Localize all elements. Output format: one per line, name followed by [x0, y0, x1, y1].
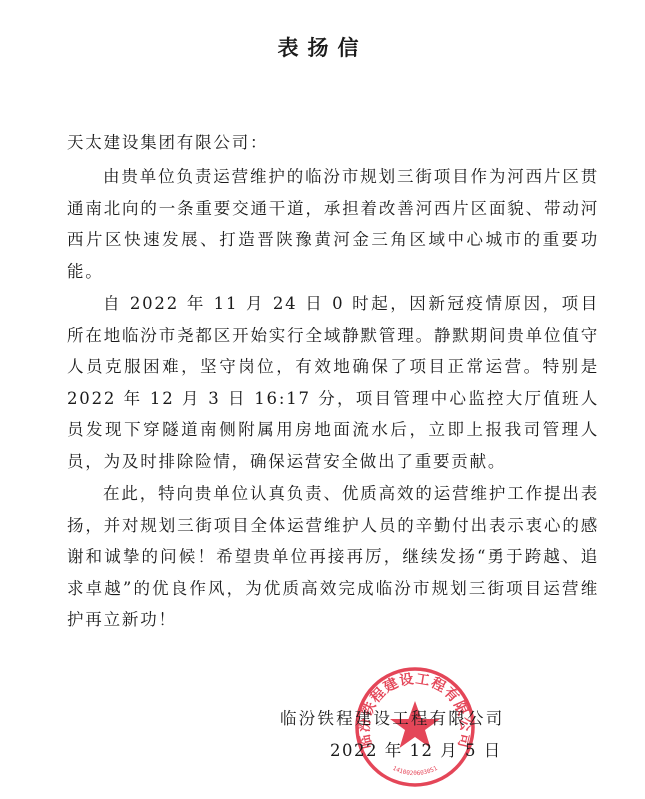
svg-text:1410020603051: 1410020603051: [391, 765, 439, 777]
letter-title: 表扬信: [0, 32, 645, 62]
paragraph-intro: 由贵单位负责运营维护的临汾市规划三街项目作为河西片区贯通南北向的一条重要交通干道…: [67, 161, 599, 287]
paragraph-incident: 自 2022 年 11 月 24 日 0 时起，因新冠疫情原因，项目所在地临汾市…: [67, 288, 599, 477]
signature-company: 临汾铁程建设工程有限公司: [280, 705, 504, 729]
signature-date: 2022 年 12 月 5 日: [330, 737, 502, 761]
salutation: 天太建设集团有限公司：: [67, 129, 268, 153]
paragraph-commendation: 在此，特向贵单位认真负责、优质高效的运营维护工作提出表扬，并对规划三街项目全体运…: [67, 478, 599, 636]
